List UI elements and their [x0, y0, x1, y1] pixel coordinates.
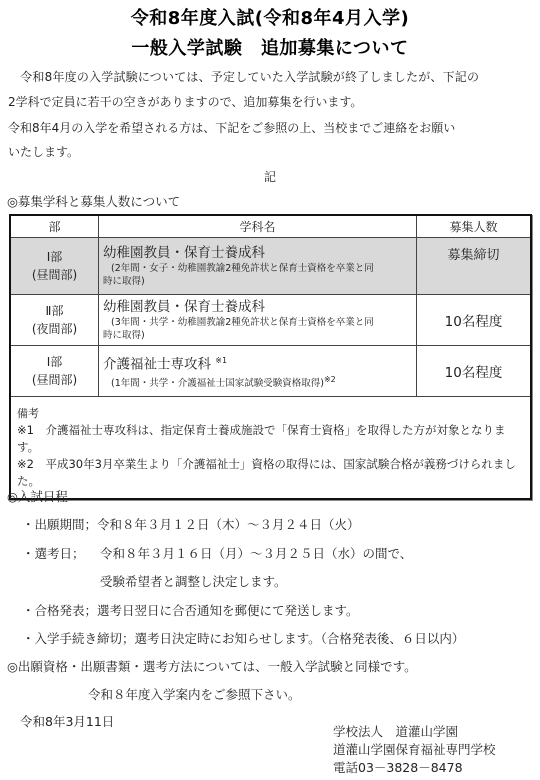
intro-line-1: 令和8年度の入学試験については、予定していた入学試験が終了しましたが、下記の: [8, 68, 479, 85]
division-label: Ⅰ部: [11, 248, 98, 266]
footnote-mark-1: ※1: [215, 356, 227, 365]
schedule-value: 令和８年３月１６日（月）～３月２５日（水）の間で、: [100, 546, 412, 561]
remark-item-2: ※2 平成30年3月卒業生より「介護福祉士」資格の取得には、国家試験合格が義務づ…: [17, 456, 525, 490]
department-name: 介護福祉士専攻科 ※1: [103, 352, 416, 374]
division-label: Ⅱ部: [11, 302, 98, 320]
department-name: 幼稚園教員・保育士養成科: [103, 298, 416, 316]
department-cell: 介護福祉士専攻科 ※1 (1年間・共学・介護福祉士国家試験受験資格取得)※2: [99, 346, 417, 397]
department-note: (1年間・共学・介護福祉士国家試験受験資格取得)※2: [103, 373, 416, 390]
column-header-department: 学科名: [99, 215, 417, 238]
intro-line-2: 2学科で定員に若干の空きがありますので、追加募集を行います。: [8, 93, 362, 110]
department-cell: 幼稚園教員・保育士養成科 (3年間・共学・幼稚園教諭2種免許状と保育士資格を卒業…: [99, 295, 417, 346]
count-cell: 10名程度: [417, 346, 532, 397]
table-row: Ⅰ部 (昼間部) 幼稚園教員・保育士養成科 (2年間・女子・幼稚園教諭2種免許状…: [10, 238, 531, 295]
division-cell: Ⅱ部 (夜間部): [10, 295, 99, 346]
schedule-value: 選考日決定時にお知らせします。（合格発表後、６日以内）: [135, 631, 465, 646]
title-line-1: 令和8年度入試(令和8年4月入学): [0, 4, 540, 30]
schedule-item-enrollment-deadline: ・入学手続き締切；選考日決定時にお知らせします。（合格発表後、６日以内）: [22, 629, 464, 647]
schedule-heading: ◎入試日程: [7, 487, 68, 505]
schedule-label: ・選考日；: [22, 544, 100, 562]
schedule-label: ・出願期間；: [22, 517, 97, 532]
division-cell: Ⅰ部 (昼間部): [10, 238, 99, 295]
schedule-item-selection-date-cont: 受験希望者と調整し決定します。: [100, 572, 287, 590]
schedule-label: ・合格発表；: [22, 603, 97, 618]
department-cell: 幼稚園教員・保育士養成科 (2年間・女子・幼稚園教諭2種免許状と保育士資格を卒業…: [99, 238, 417, 295]
title-line-2: 一般入学試験 追加募集について: [0, 34, 540, 60]
column-header-count: 募集人数: [417, 215, 532, 238]
schedule-value: 選考日翌日に合否通知を郵便にて発送します。: [97, 603, 359, 618]
department-note-cont: 時に取得): [103, 329, 416, 342]
schedule-item-application-period: ・出願期間；令和８年３月１２日（木）～３月２４日（火）: [22, 515, 360, 533]
phone-number: 電話03－3828－8478: [333, 760, 463, 776]
department-note-cont: 時に取得): [103, 275, 416, 288]
division-label: Ⅰ部: [11, 353, 98, 371]
school-corporation: 学校法人 道灌山学園: [333, 724, 458, 740]
table-row: Ⅱ部 (夜間部) 幼稚園教員・保育士養成科 (3年間・共学・幼稚園教諭2種免許状…: [10, 295, 531, 346]
recruitment-heading: ◎募集学科と募集人数について: [7, 192, 180, 210]
count-cell: 10名程度: [417, 295, 532, 346]
division-cell: Ⅰ部 (昼間部): [10, 346, 99, 397]
table-header-row: 部 学科名 募集人数: [10, 215, 531, 238]
schedule-label: ・入学手続き締切；: [22, 631, 135, 646]
department-note: (2年間・女子・幼稚園教諭2種免許状と保育士資格を卒業と同: [103, 262, 416, 275]
schedule-value: 令和８年３月１２日（木）～３月２４日（火）: [97, 517, 360, 532]
column-header-division: 部: [10, 215, 99, 238]
remarks-row: 備考 ※1 介護福祉士専攻科は、指定保育士養成施設で「保育士資格」を取得した方が…: [10, 397, 531, 500]
ki-label: 記: [0, 168, 540, 185]
remarks-cell: 備考 ※1 介護福祉士専攻科は、指定保育士養成施設で「保育士資格」を取得した方が…: [10, 397, 531, 500]
count-cell: 募集締切: [417, 238, 532, 295]
requirements-line-1: ◎出願資格・出願書類・選考方法については、一般入学試験と同様です。: [7, 657, 417, 675]
recruitment-table: 部 学科名 募集人数 Ⅰ部 (昼間部) 幼稚園教員・保育士養成科 (2年間・女子…: [9, 214, 532, 500]
schedule-item-selection-date: ・選考日；令和８年３月１６日（月）～３月２５日（水）の間で、: [22, 544, 412, 562]
footnote-mark-2: ※2: [324, 375, 336, 384]
division-sub-label: (夜間部): [11, 320, 98, 338]
intro-line-4: いたします。: [8, 143, 79, 160]
department-name: 幼稚園教員・保育士養成科: [103, 244, 416, 262]
division-sub-label: (昼間部): [11, 371, 98, 389]
department-note: (3年間・共学・幼稚園教諭2種免許状と保育士資格を卒業と同: [103, 316, 416, 329]
issue-date: 令和8年3月11日: [20, 712, 114, 730]
division-sub-label: (昼間部): [11, 266, 98, 284]
table-row: Ⅰ部 (昼間部) 介護福祉士専攻科 ※1 (1年間・共学・介護福祉士国家試験受験…: [10, 346, 531, 397]
remark-item-1: ※1 介護福祉士専攻科は、指定保育士養成施設で「保育士資格」を取得した方が対象と…: [17, 422, 525, 456]
intro-line-3: 令和8年4月の入学を希望される方は、下記をご参照の上、当校までご連絡をお願い: [8, 119, 455, 136]
requirements-line-2: 令和８年度入学案内をご参照下さい。: [88, 685, 301, 703]
remarks-label: 備考: [17, 405, 525, 422]
school-name: 道灌山学園保育福祉専門学校: [333, 742, 496, 758]
schedule-item-results: ・合格発表；選考日翌日に合否通知を郵便にて発送します。: [22, 601, 359, 619]
